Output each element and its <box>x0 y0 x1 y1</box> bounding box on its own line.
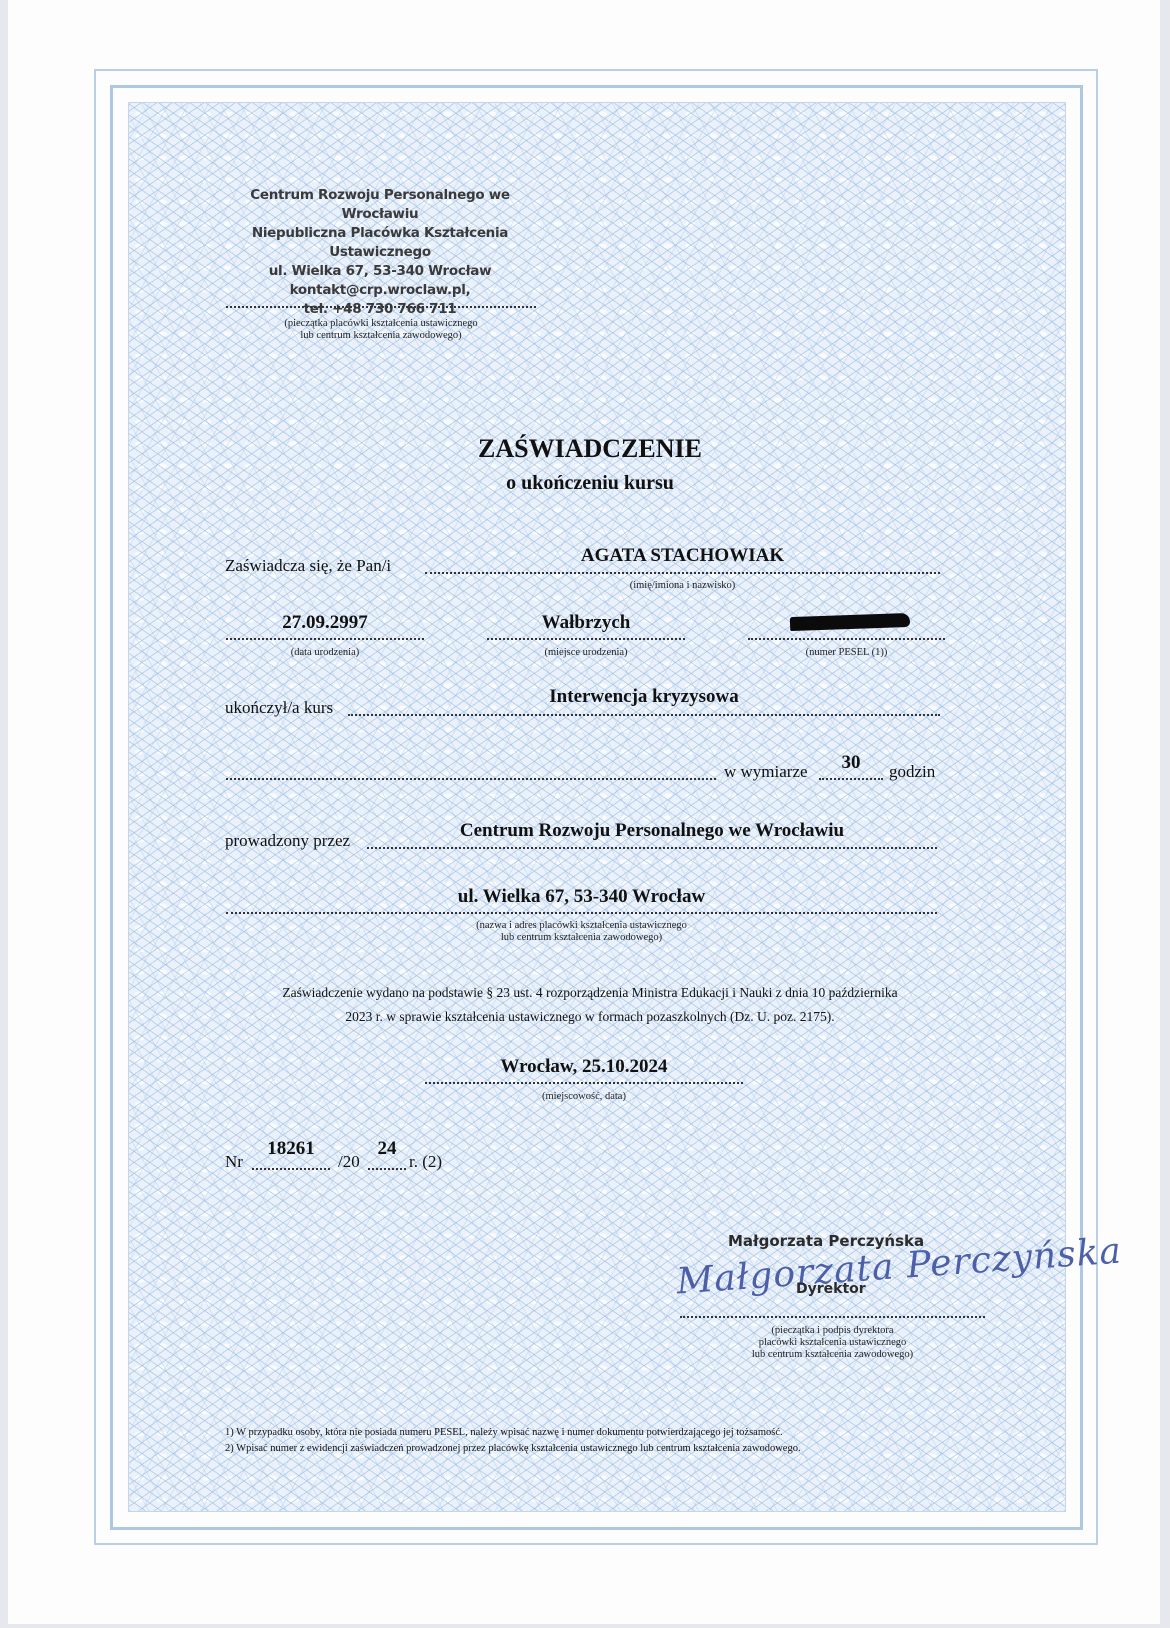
person-caption: (imię/imiona i nazwisko) <box>425 580 940 592</box>
birth-date: 27.09.2997 <box>226 612 424 634</box>
year-dotted-line <box>368 1168 406 1170</box>
caption-line: placówki kształcenia ustawicznego <box>680 1337 985 1349</box>
caption-line: (pieczątka placówki kształcenia ustawicz… <box>226 318 536 330</box>
hours-value: 30 <box>819 752 883 774</box>
place-date-caption: (miejscowość, data) <box>425 1091 743 1103</box>
caption-line: (pieczątka i podpis dyrektora <box>680 1325 985 1337</box>
footnote: 1) W przypadku osoby, która nie posiada … <box>225 1425 1025 1441</box>
legal-basis-line: 2023 r. w sprawie kształcenia ustawiczne… <box>200 1005 980 1029</box>
person-label: Zaświadcza się, że Pan/i <box>225 556 391 576</box>
document-title: ZAŚWIADCZENIE <box>420 434 760 464</box>
number-suffix: r. (2) <box>409 1152 442 1172</box>
provider-dotted-line <box>367 847 937 849</box>
stamp-line: ul. Wielka 67, 53-340 Wrocław <box>210 262 550 281</box>
person-name: AGATA STACHOWIAK <box>425 545 940 567</box>
certificate-number: 18261 <box>252 1138 330 1160</box>
provider-address: ul. Wielka 67, 53-340 Wrocław <box>226 886 937 908</box>
provider-label: prowadzony przez <box>225 831 350 851</box>
birth-place: Wałbrzych <box>487 612 685 634</box>
birth-date-caption: (data urodzenia) <box>226 647 424 659</box>
document-subtitle: o ukończeniu kursu <box>420 472 760 495</box>
place-date: Wrocław, 25.10.2024 <box>425 1056 743 1078</box>
person-dotted-line <box>425 572 940 574</box>
stamp-line: tel. +48 730 766 711 <box>210 300 550 319</box>
provider-name: Centrum Rozwoju Personalnego we Wrocławi… <box>367 820 937 842</box>
place-date-dotted-line <box>425 1082 743 1084</box>
director-stamp-title: Dyrektor <box>796 1281 866 1297</box>
signature-dotted-line <box>680 1316 985 1318</box>
hours-unit: godzin <box>889 762 935 782</box>
number-dotted-line <box>252 1168 330 1170</box>
footnotes: 1) W przypadku osoby, która nie posiada … <box>225 1425 1025 1457</box>
provider-caption: (nazwa i adres placówki kształcenia usta… <box>226 920 937 944</box>
birth-place-caption: (miejsce urodzenia) <box>487 647 685 659</box>
provider-address-dotted-line <box>226 912 937 914</box>
number-prefix: Nr <box>225 1152 243 1172</box>
birth-place-dotted-line <box>487 638 685 640</box>
certificate-year: 24 <box>368 1138 406 1160</box>
legal-basis: Zaświadczenie wydano na podstawie § 23 u… <box>200 981 980 1029</box>
hours-dotted-line <box>819 778 883 780</box>
caption-line: lub centrum kształcenia zawodowego) <box>680 1349 985 1361</box>
caption-line: lub centrum kształcenia zawodowego) <box>226 330 536 342</box>
course-name: Interwencja kryzysowa <box>348 686 940 708</box>
birth-date-dotted-line <box>226 638 424 640</box>
issuer-stamp: Centrum Rozwoju Personalnego we Wrocławi… <box>210 186 550 319</box>
caption-line: (nazwa i adres placówki kształcenia usta… <box>226 920 937 932</box>
course-dotted-line <box>348 714 940 716</box>
pesel-caption: (numer PESEL (1)) <box>748 647 945 659</box>
course-label: ukończył/a kurs <box>225 698 333 718</box>
stamp-caption: (pieczątka placówki kształcenia ustawicz… <box>226 318 536 342</box>
pesel-dotted-line <box>748 638 945 640</box>
stamp-line: Niepubliczna Placówka Kształcenia Ustawi… <box>210 224 550 262</box>
hours-label: w wymiarze <box>724 762 808 782</box>
year-prefix: /20 <box>338 1152 360 1172</box>
caption-line: lub centrum kształcenia zawodowego) <box>226 932 937 944</box>
signature-caption: (pieczątka i podpis dyrektora placówki k… <box>680 1325 985 1361</box>
stamp-line: kontakt@crp.wroclaw.pl, <box>210 281 550 300</box>
stamp-line: Centrum Rozwoju Personalnego we Wrocławi… <box>210 186 550 224</box>
footnote: 2) Wpisać numer z ewidencji zaświadczeń … <box>225 1441 1025 1457</box>
hours-dotted-line-left <box>226 778 716 780</box>
legal-basis-line: Zaświadczenie wydano na podstawie § 23 u… <box>200 981 980 1005</box>
certificate-page <box>8 0 1160 1624</box>
stamp-dotted-line <box>226 306 536 308</box>
